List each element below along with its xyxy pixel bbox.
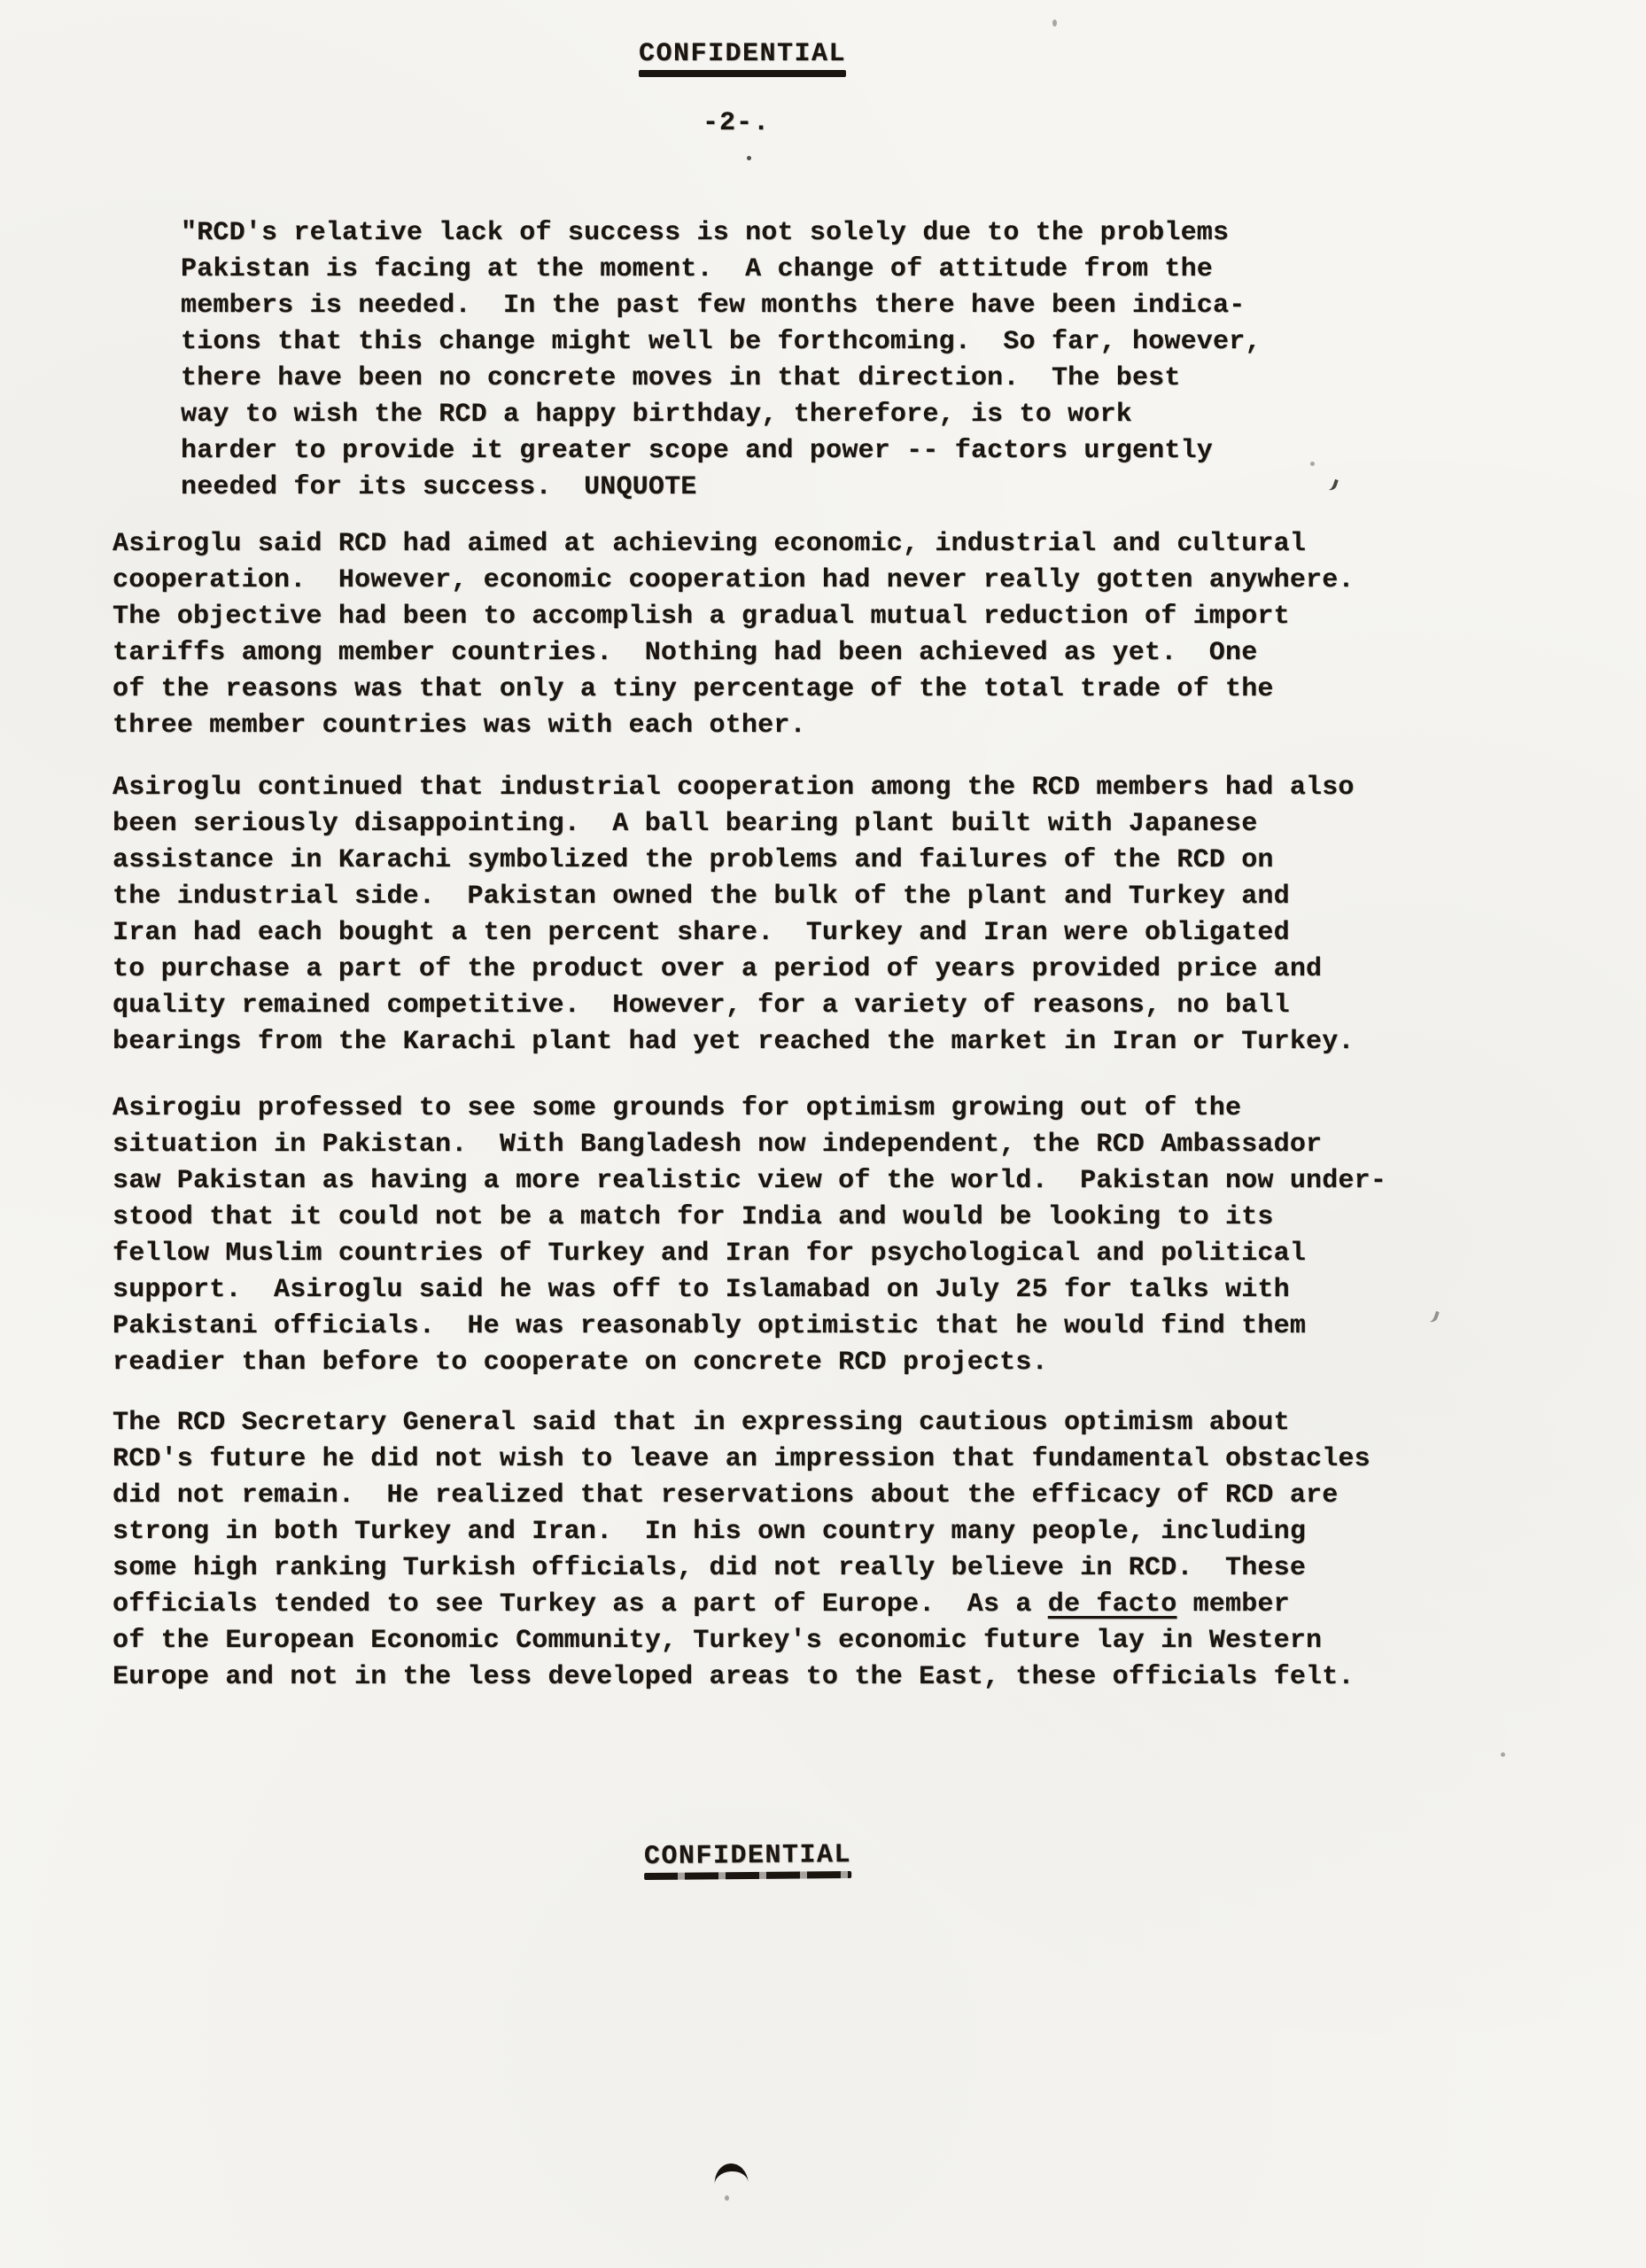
scanned-document-page: CONFIDENTIAL -2-. "RCD's relative lack o… bbox=[0, 0, 1646, 2268]
paragraph-3: Asirogiu professed to see some grounds f… bbox=[113, 1091, 1386, 1381]
paragraph-2: Asiroglu continued that industrial coope… bbox=[113, 770, 1355, 1060]
scan-speck bbox=[747, 156, 751, 160]
paragraph-4: The RCD Secretary General said that in e… bbox=[113, 1405, 1370, 1696]
paragraph-1: Asiroglu said RCD had aimed at achieving… bbox=[113, 526, 1355, 744]
scan-speck bbox=[1310, 462, 1315, 466]
scan-speck bbox=[725, 2195, 729, 2201]
stray-comma-mark bbox=[1325, 478, 1339, 493]
ink-smudge-mark bbox=[713, 2163, 749, 2187]
quoted-passage: "RCD's relative lack of success is not s… bbox=[181, 215, 1262, 506]
classification-header-stamp: CONFIDENTIAL bbox=[639, 39, 846, 77]
scan-speck bbox=[1501, 1752, 1505, 1757]
page-number: -2-. bbox=[703, 108, 770, 138]
classification-footer-stamp: CONFIDENTIAL bbox=[644, 1840, 851, 1880]
stray-comma-mark bbox=[1426, 1309, 1440, 1324]
scan-speck bbox=[1052, 19, 1057, 27]
